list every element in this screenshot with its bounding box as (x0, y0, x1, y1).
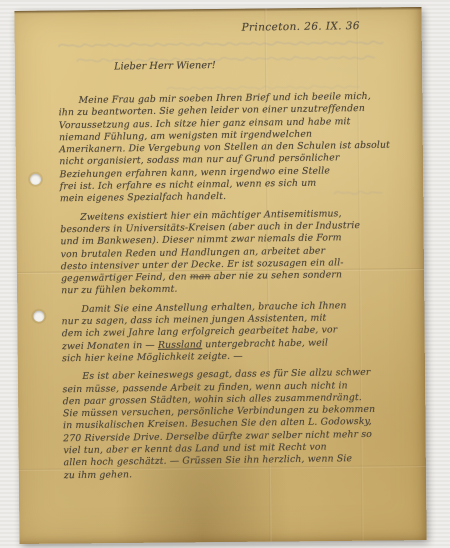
letter-page: Princeton. 26. IX. 36 Lieber Herr Wiener… (14, 7, 426, 544)
paragraph: Damit Sie eine Anstellung erhalten, brau… (61, 299, 396, 365)
paragraph: Es ist aber keineswegs gesagt, dass es f… (62, 367, 398, 482)
letter-content: Princeton. 26. IX. 36 Lieber Herr Wiener… (13, 6, 427, 545)
text-segment: aber nie zu sehen sondern (211, 269, 343, 282)
text-segment: gegenwärtiger Feind, den (61, 272, 190, 285)
struck-word: man (190, 271, 211, 282)
text-segment: frei ist. Ich erfahre es nicht einmal, w… (60, 178, 317, 193)
text-segment: nur zu fühlen bekommt. (61, 284, 178, 297)
text-segment: zwei Monaten in — (62, 340, 158, 352)
letter-body: Meine Frau gab mir soeben Ihren Brief un… (58, 91, 397, 489)
paragraph: Meine Frau gab mir soeben Ihren Brief un… (58, 91, 394, 206)
text-segment: untergebracht habe, weil (202, 337, 328, 350)
underlined-word: Russland (158, 339, 202, 351)
text-segment: mein eigenes Spezialfach handelt. (60, 191, 226, 204)
dateline: Princeton. 26. IX. 36 (241, 20, 360, 34)
salutation: Lieber Herr Wiener! (114, 60, 216, 72)
paragraph: Zweitens existiert hier ein mächtiger An… (60, 207, 395, 298)
scanned-letter-photo: { "letter": { "dateline": "Princeton. 26… (0, 0, 450, 548)
text-segment: sich hier keine Möglichkeit zeigte. — (62, 351, 243, 365)
text-segment: zu ihm gehen. (64, 469, 133, 481)
